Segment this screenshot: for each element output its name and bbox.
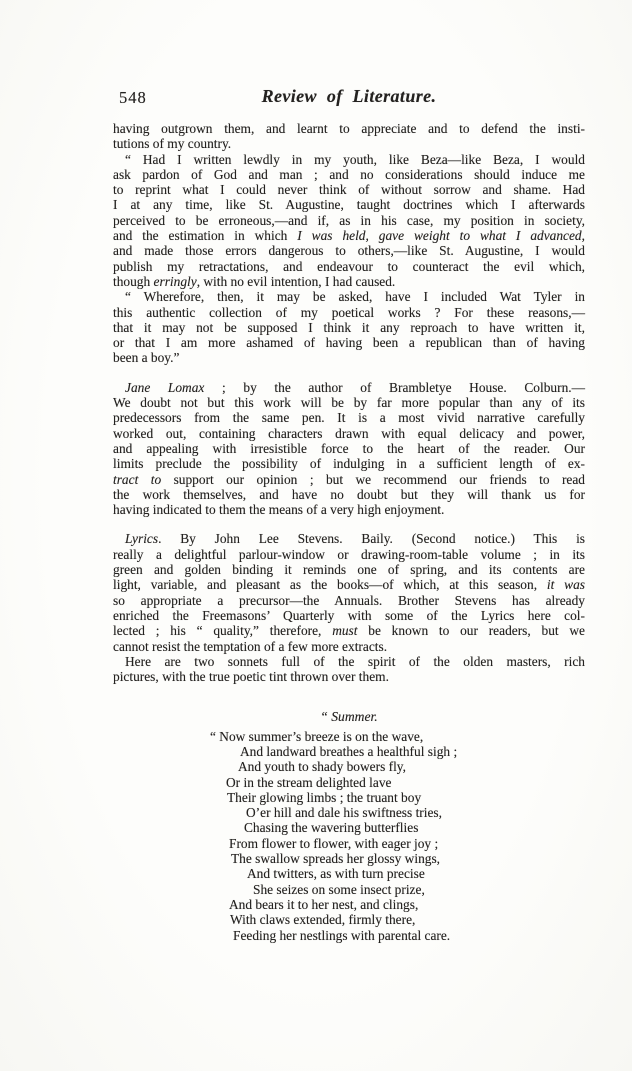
scanned-page: 548 Review of Literature. having outgrow… (0, 0, 632, 1071)
text-line: having indicated to them the means of a … (113, 502, 585, 517)
text-line: publish my retractations, and endeavour … (113, 259, 585, 274)
text-line: and made those errors dangerous to other… (113, 243, 585, 258)
text-line: predecessors from the same pen. It is a … (113, 410, 585, 425)
paragraph: Jane Lomax ; by the author of Brambletye… (113, 380, 585, 518)
text-line: green and golden binding it reminds one … (113, 562, 585, 577)
poem-line: “ Now summer’s breeze is on the wave, (210, 729, 585, 744)
text-line: or that I am more ashamed of having been… (113, 335, 585, 350)
text-line: though erringly, with no evil intention,… (113, 274, 585, 289)
text-line: enriched the Freemasons’ Quarterly with … (113, 608, 585, 623)
text-line: light, variable, and pleasant as the boo… (113, 577, 585, 592)
text-line: to reprint what I could never think of w… (113, 182, 585, 197)
text-line: “ Had I written lewdly in my youth, like… (113, 152, 585, 167)
text-line: having outgrown them, and learnt to appr… (113, 121, 585, 136)
poem-line: And youth to shady bowers fly, (210, 759, 585, 774)
text-line: I at any time, like St. Augustine, taugh… (113, 197, 585, 212)
paragraph: “ Wherefore, then, it may be asked, have… (113, 289, 585, 365)
page-body: having outgrown them, and learnt to appr… (113, 121, 585, 943)
text-line: perceived to be erroneous,—and if, as in… (113, 213, 585, 228)
text-line: tract to support our opinion ; but we re… (113, 472, 585, 487)
text-line: cannot resist the temptation of a few mo… (113, 639, 585, 654)
poem-line: And landward breathes a healthful sigh ; (210, 744, 585, 759)
poem-title: “ Summer. (113, 709, 585, 724)
poem-line: And twitters, as with turn precise (210, 866, 585, 881)
text-line: the work themselves, and have no doubt b… (113, 487, 585, 502)
poem-line: And bears it to her nest, and clings, (210, 897, 585, 912)
poem-line: Or in the stream delighted lave (210, 775, 585, 790)
text-line: and the estimation in which I was held, … (113, 228, 585, 243)
text-line: Here are two sonnets full of the spirit … (113, 654, 585, 669)
text-line: that it may not be supposed I think it a… (113, 320, 585, 335)
text-line: limits preclude the possibility of indul… (113, 456, 585, 471)
text-line: tutions of my country. (113, 136, 585, 151)
poem-line: Feeding her nestlings with parental care… (210, 928, 585, 943)
poem-line: From flower to flower, with eager joy ; (210, 836, 585, 851)
text-line: this authentic collection of my poetical… (113, 305, 585, 320)
paragraph: Here are two sonnets full of the spirit … (113, 654, 585, 685)
text-line: been a boy.” (113, 350, 585, 365)
text-line: pictures, with the true poetic tint thro… (113, 669, 585, 684)
text-line: so appropriate a precursor—the Annuals. … (113, 593, 585, 608)
paragraph: Lyrics. By John Lee Stevens. Baily. (Sec… (113, 531, 585, 653)
poem-line: With claws extended, firmly there, (210, 912, 585, 927)
paragraph: having outgrown them, and learnt to appr… (113, 121, 585, 152)
page-number: 548 (119, 88, 147, 108)
poem-line: Their glowing limbs ; the truant boy (210, 790, 585, 805)
text-line: We doubt not but this work will be by fa… (113, 395, 585, 410)
poem-line: The swallow spreads her glossy wings, (210, 851, 585, 866)
text-line: ask pardon of God and man ; and no consi… (113, 167, 585, 182)
poem-line: O’er hill and dale his swiftness tries, (210, 805, 585, 820)
poem-line: Chasing the wavering butterflies (210, 820, 585, 835)
running-title: Review of Literature. (113, 86, 585, 107)
text-line: and appealing with irresistible force to… (113, 441, 585, 456)
paragraph: “ Had I written lewdly in my youth, like… (113, 152, 585, 290)
text-line: Lyrics. By John Lee Stevens. Baily. (Sec… (113, 531, 585, 546)
text-line: worked out, containing characters drawn … (113, 426, 585, 441)
text-line: lected ; his “ quality,” therefore, must… (113, 623, 585, 638)
text-line: really a delightful parlour-window or dr… (113, 547, 585, 562)
poem-line: She seizes on some insect prize, (210, 882, 585, 897)
poem: “ Now summer’s breeze is on the wave,And… (210, 729, 585, 943)
text-line: Jane Lomax ; by the author of Brambletye… (113, 380, 585, 395)
text-line: “ Wherefore, then, it may be asked, have… (113, 289, 585, 304)
page-header: 548 Review of Literature. (113, 86, 585, 108)
